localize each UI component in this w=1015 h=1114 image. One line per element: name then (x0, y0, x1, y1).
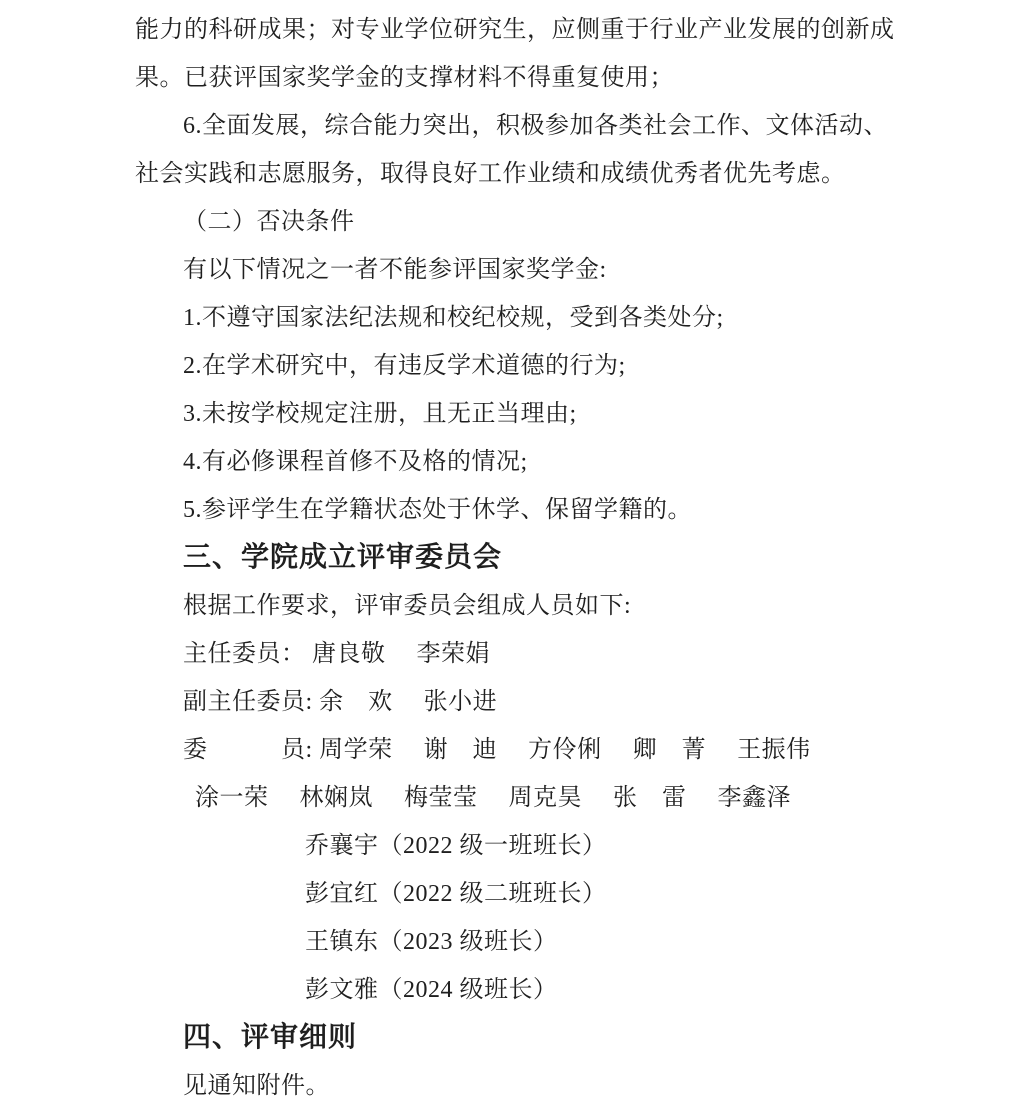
para-research-achievements-line1: 能力的科研成果；对专业学位研究生，应侧重于行业产业发展的创新成 (135, 6, 885, 54)
para-committee-intro: 根据工作要求，评审委员会组成人员如下: (135, 582, 885, 630)
class-monitor-line-2023: 王镇东（2023 级班长） (135, 918, 885, 966)
committee-chair-line: 主任委员： 唐良敬 李荣娟 (135, 630, 885, 678)
veto-item-1: 1.不遵守国家法纪法规和校纪校规，受到各类处分; (135, 294, 885, 342)
para-research-achievements-line2: 果。已获评国家奖学金的支撑材料不得重复使用； (135, 54, 885, 102)
class-monitor-line-2022-2: 彭宜红（2022 级二班班长） (135, 870, 885, 918)
committee-members-line-2: 涂一荣 林娴岚 梅莹莹 周克昊 张 雷 李鑫泽 (135, 774, 885, 822)
subsection-heading-veto: （二）否决条件 (135, 198, 885, 246)
class-monitor-line-2022-1: 乔襄宇（2022 级一班班长） (135, 822, 885, 870)
veto-item-2: 2.在学术研究中，有违反学术道德的行为; (135, 342, 885, 390)
veto-item-4: 4.有必修课程首修不及格的情况; (135, 438, 885, 486)
section-heading-committee: 三、学院成立评审委员会 (135, 534, 885, 582)
para-veto-intro: 有以下情况之一者不能参评国家奖学金: (135, 246, 885, 294)
class-monitor-line-2024: 彭文雅（2024 级班长） (135, 966, 885, 1014)
veto-item-3: 3.未按学校规定注册，且无正当理由; (135, 390, 885, 438)
list-item-6-line2: 社会实践和志愿服务，取得良好工作业绩和成绩优秀者优先考虑。 (135, 150, 885, 198)
veto-item-5: 5.参评学生在学籍状态处于休学、保留学籍的。 (135, 486, 885, 534)
committee-vice-chair-line: 副主任委员: 余 欢 张小进 (135, 678, 885, 726)
list-item-6-line1: 6.全面发展，综合能力突出，积极参加各类社会工作、文体活动、 (135, 102, 885, 150)
para-see-attachment: 见通知附件。 (135, 1062, 885, 1110)
section-heading-rules: 四、评审细则 (135, 1014, 885, 1062)
document-page: 能力的科研成果；对专业学位研究生，应侧重于行业产业发展的创新成 果。已获评国家奖… (0, 0, 1015, 1114)
committee-members-line-1: 委 员: 周学荣 谢 迪 方伶俐 卿 菁 王振伟 (135, 726, 885, 774)
